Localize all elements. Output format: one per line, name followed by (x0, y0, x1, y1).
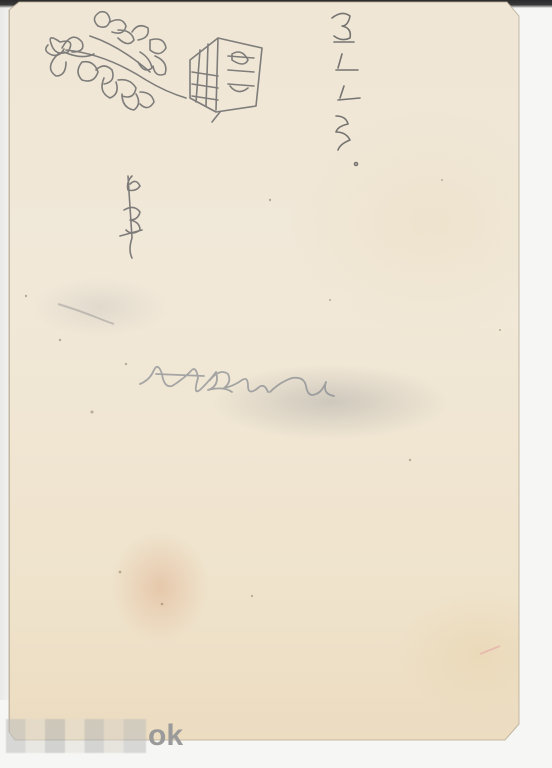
watermark-pixelated-part (6, 719, 146, 753)
photo-card-back (9, 2, 520, 740)
scan-left-shadow (0, 0, 10, 700)
site-watermark: ok (6, 712, 186, 760)
watermark-text: ok (148, 719, 183, 753)
